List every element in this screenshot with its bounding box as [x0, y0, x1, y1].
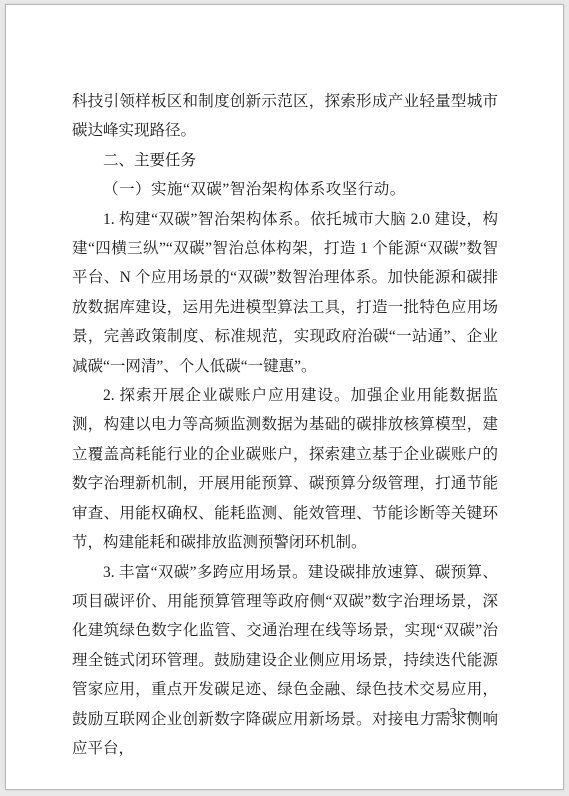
page-text-block: 科技引领样板区和制度创新示范区，探索形成产业轻量型城市碳达峰实现路径。 二、主要… [72, 87, 498, 763]
sub-heading: （一）实施“双碳”智治架构体系攻坚行动。 [72, 175, 498, 204]
numbered-paragraph-2: 2. 探索开展企业碳账户应用建设。加强企业用能数据监测，构建以电力等高频监测数据… [72, 381, 498, 557]
document-viewer: 科技引领样板区和制度创新示范区，探索形成产业轻量型城市碳达峰实现路径。 二、主要… [0, 0, 569, 796]
paragraph-continuation: 科技引领样板区和制度创新示范区，探索形成产业轻量型城市碳达峰实现路径。 [72, 87, 498, 146]
page-number: — 3 — [430, 706, 477, 722]
section-heading: 二、主要任务 [72, 146, 498, 175]
numbered-paragraph-1: 1. 构建“双碳”智治架构体系。依托城市大脑 2.0 建设，构建“四横三纵”“双… [72, 205, 498, 381]
document-page: 科技引领样板区和制度创新示范区，探索形成产业轻量型城市碳达峰实现路径。 二、主要… [5, 4, 564, 790]
numbered-paragraph-3: 3. 丰富“双碳”多跨应用场景。建设碳排放速算、碳预算、项目碳评价、用能预算管理… [72, 558, 498, 764]
